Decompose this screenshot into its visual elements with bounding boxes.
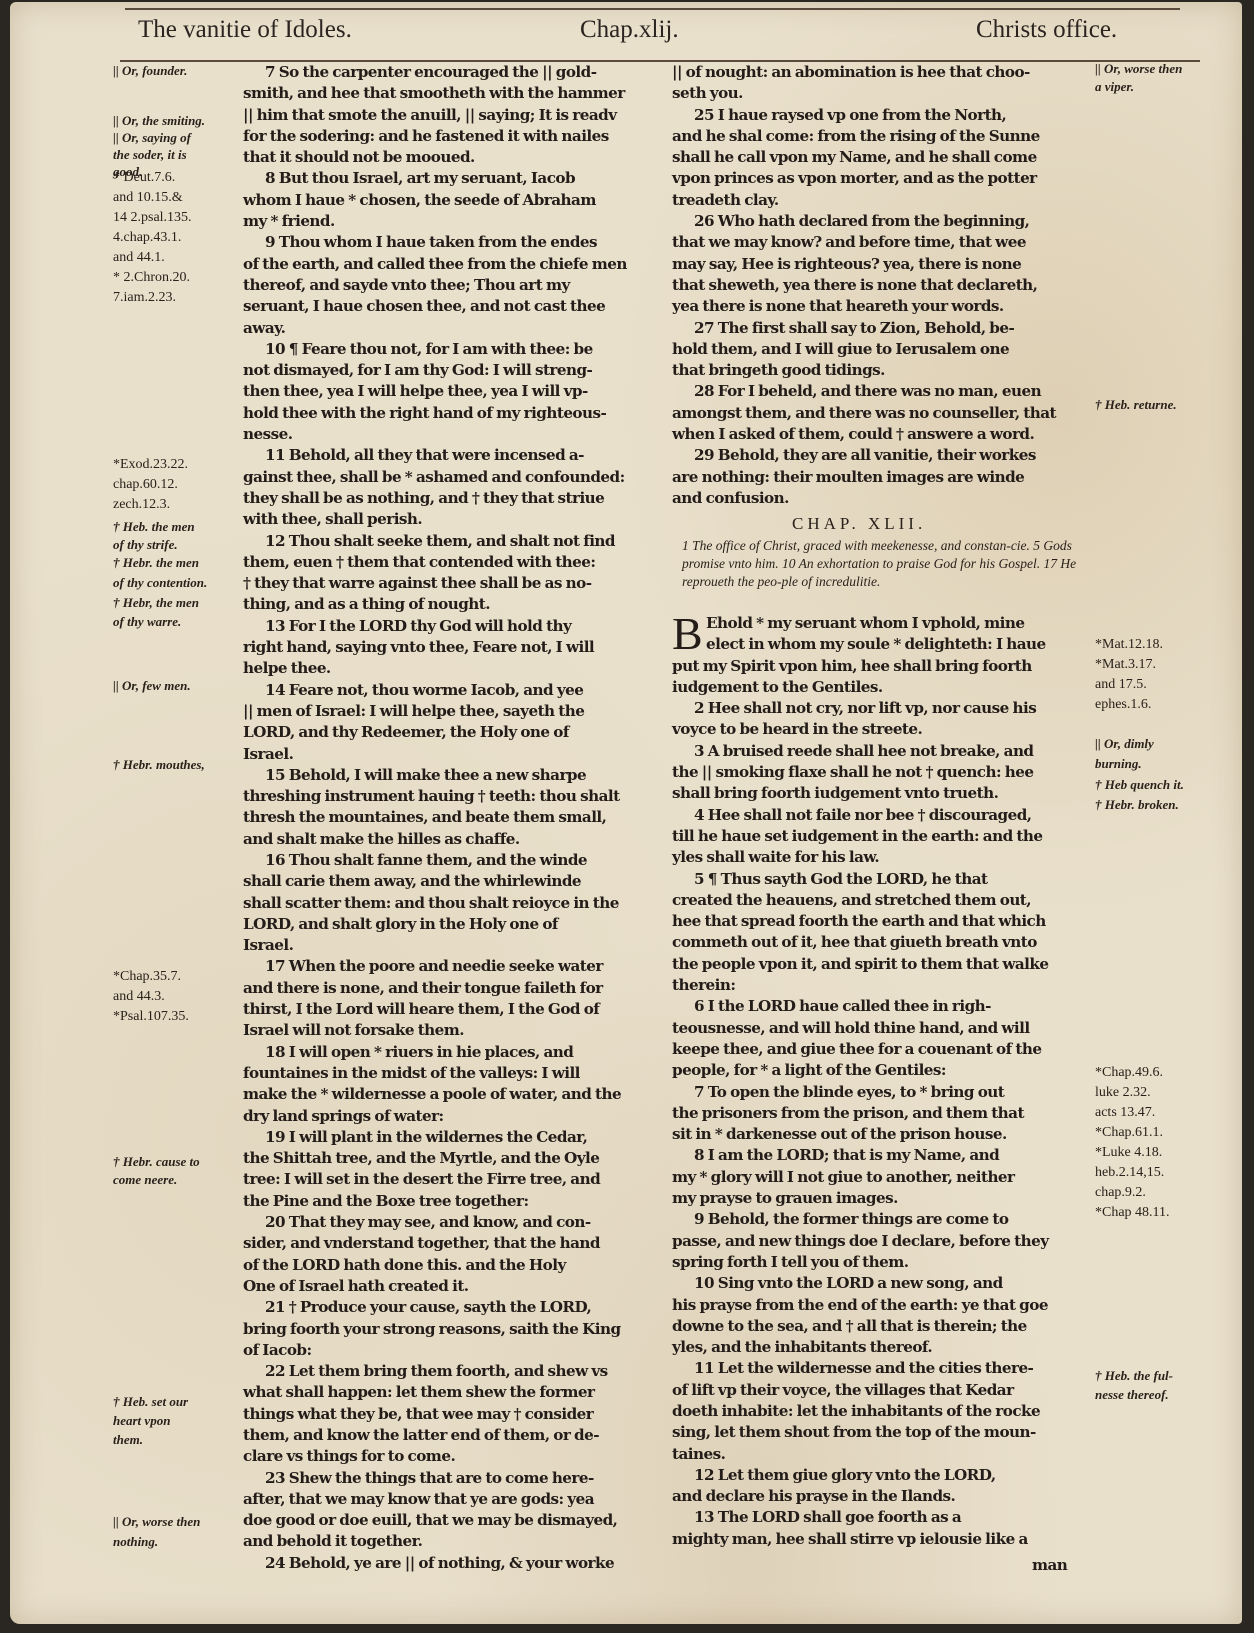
text-line: of lift vp their voyce, the villages tha… <box>672 1380 1082 1401</box>
marginal-note: † Hebr. cause to <box>113 1153 200 1170</box>
text-line: One of Israel hath created it. <box>243 1276 643 1297</box>
text-line: yles, and the inhabitants thereof. <box>672 1337 1082 1358</box>
text-line: shall carie them away, and the whirlewin… <box>243 871 643 892</box>
text-line: things what they be, that wee may † cons… <box>243 1404 643 1425</box>
marginal-note: † Heb quench it. <box>1095 776 1184 793</box>
text-line: 11 Behold, all they that were incensed a… <box>243 445 643 466</box>
text-line: 15 Behold, I will make thee a new sharpe <box>243 765 643 786</box>
text-line: clare vs things for to come. <box>243 1446 643 1467</box>
text-line: 16 Thou shalt fanne them, and the winde <box>243 850 643 871</box>
text-line: doe good or doe euill, that we may be di… <box>243 1510 643 1531</box>
marginal-note: || Or, worse then <box>113 1513 200 1530</box>
text-line: Israel. <box>243 744 643 765</box>
marginal-note: of thy strife. <box>113 536 178 553</box>
text-line: 12 Thou shalt seeke them, and shalt not … <box>243 531 643 552</box>
cross-reference: *Chap.49.6. <box>1095 1063 1163 1084</box>
text-line: 5 ¶ Thus sayth God the LORD, he that <box>672 869 1082 890</box>
text-line: 7 So the carpenter encouraged the || gol… <box>243 62 643 83</box>
text-line: || him that smote the anuill, || saying;… <box>243 105 643 126</box>
text-line: people, for * a light of the Gentiles: <box>672 1060 1082 1081</box>
marginal-note: them. <box>113 1431 143 1448</box>
cross-reference: *Luke 4.18. <box>1095 1143 1162 1164</box>
text-line: voyce to be heard in the streete. <box>672 719 1082 740</box>
text-line: 8 But thou Israel, art my seruant, Iacob <box>243 168 643 189</box>
marginal-note: || Or, worse then <box>1095 60 1182 77</box>
text-line: 29 Behold, they are all vanitie, their w… <box>672 445 1082 466</box>
cross-reference: chap.9.2. <box>1095 1183 1146 1204</box>
text-line: 22 Let them bring them foorth, and shew … <box>243 1361 643 1382</box>
text-line: || of nought: an abomination is hee that… <box>672 62 1082 83</box>
cross-reference: and 44.3. <box>113 987 165 1008</box>
text-line: hold thee with the right hand of my righ… <box>243 403 643 424</box>
cross-reference: *Exod.23.22. <box>113 455 188 476</box>
marginal-note: || Or, saying of <box>113 129 191 146</box>
right-text-column-bottom: Ehold * my seruant whom I vphold, mineel… <box>672 613 1082 1550</box>
text-line: shall he call vpon my Name, and he shall… <box>672 147 1082 168</box>
text-line: created the heauens, and stretched them … <box>672 890 1082 911</box>
text-line: dry land springs of water: <box>243 1106 643 1127</box>
chapter-heading: CHAP. XLII. <box>792 514 926 534</box>
text-line: doeth inhabite: let the inhabitants of t… <box>672 1401 1082 1422</box>
chapter-summary: 1 The office of Christ, graced with meek… <box>682 537 1097 591</box>
text-line: away. <box>243 318 643 339</box>
text-line: Israel will not forsake them. <box>243 1020 643 1041</box>
text-line: whom I haue * chosen, the seede of Abrah… <box>243 190 643 211</box>
text-line: 27 The first shall say to Zion, Behold, … <box>672 318 1082 339</box>
text-line: treadeth clay. <box>672 190 1082 211</box>
text-line: 10 Sing vnto the LORD a new song, and <box>672 1273 1082 1294</box>
text-line: 13 The LORD shall goe foorth as a <box>672 1507 1082 1528</box>
text-line: my * friend. <box>243 211 643 232</box>
text-line: 14 Feare not, thou worme Iacob, and yee <box>243 680 643 701</box>
text-line: they shall be as nothing, and † they tha… <box>243 488 643 509</box>
text-line: thing, and as a thing of nought. <box>243 594 643 615</box>
marginal-note: || Or, founder. <box>113 62 187 79</box>
text-line: threshing instrument hauing † teeth: tho… <box>243 786 643 807</box>
text-line: for the sodering: and he fastened it wit… <box>243 126 643 147</box>
cross-reference: *Chap.61.1. <box>1095 1123 1163 1144</box>
marginal-note: † Hebr. mouthes, <box>113 756 205 773</box>
cross-reference: chap.60.12. <box>113 475 178 496</box>
text-line: that sheweth, yea there is none that dec… <box>672 275 1082 296</box>
marginal-note: burning. <box>1095 755 1142 772</box>
text-line: 9 Behold, the former things are come to <box>672 1209 1082 1230</box>
cross-reference: and 10.15.& <box>113 188 183 209</box>
text-line: hee that spread foorth the earth and tha… <box>672 911 1082 932</box>
text-line: then thee, yea I will helpe thee, yea I … <box>243 381 643 402</box>
text-line: spring forth I tell you of them. <box>672 1252 1082 1273</box>
text-line: and he shal come: from the rising of the… <box>672 126 1082 147</box>
cross-reference: ephes.1.6. <box>1095 695 1151 716</box>
text-line: seruant, I haue chosen thee, and not cas… <box>243 296 643 317</box>
text-line: that it should not be mooued. <box>243 147 643 168</box>
text-line: and shalt make the hilles as chaffe. <box>243 829 643 850</box>
marginal-note: nothing. <box>113 1533 158 1550</box>
marginal-note: || Or, few men. <box>113 677 191 694</box>
text-line: 20 That they may see, and know, and con- <box>243 1212 643 1233</box>
text-line: 25 I haue raysed vp one from the North, <box>672 105 1082 126</box>
marginal-note: † Heb. set our <box>113 1393 188 1410</box>
marginal-note: † Heb. the men <box>113 518 195 535</box>
marginal-note: † Heb. returne. <box>1095 396 1177 413</box>
marginal-note: nesse thereof. <box>1095 1386 1169 1403</box>
text-line: mighty man, hee shall stirre vp ielousie… <box>672 1529 1082 1550</box>
text-line: seth you. <box>672 83 1082 104</box>
cross-reference: *Psal.107.35. <box>113 1007 189 1028</box>
text-line: Israel. <box>243 935 643 956</box>
text-line: my prayse to grauen images. <box>672 1188 1082 1209</box>
text-line: the people vpon it, and spirit to them t… <box>672 954 1082 975</box>
text-line: and confusion. <box>672 488 1082 509</box>
cross-reference: 4.chap.43.1. <box>113 228 181 249</box>
text-line: sider, and vnderstand together, that the… <box>243 1233 643 1254</box>
text-line: sing, let them shout from the top of the… <box>672 1422 1082 1443</box>
text-line: them, euen † them that contended with th… <box>243 552 643 573</box>
text-line: the Shittah tree, and the Myrtle, and th… <box>243 1148 643 1169</box>
running-head-right: Christs office. <box>976 16 1117 44</box>
text-line: thresh the mountaines, and beate them sm… <box>243 807 643 828</box>
text-line: with thee, shall perish. <box>243 509 643 530</box>
text-line: when I asked of them, could † answere a … <box>672 424 1082 445</box>
text-line: shall bring foorth iudgement vnto trueth… <box>672 783 1082 804</box>
text-line: till he haue set iudgement in the earth:… <box>672 826 1082 847</box>
text-line: Ehold * my seruant whom I vphold, mine <box>672 613 1082 634</box>
running-head-center: Chap.xlij. <box>580 16 679 44</box>
text-line: and declare his prayse in the Ilands. <box>672 1486 1082 1507</box>
text-line: are nothing: their moulten images are wi… <box>672 467 1082 488</box>
marginal-note: † Hebr. the men <box>113 554 199 571</box>
text-line: amongst them, and there was no counselle… <box>672 403 1082 424</box>
text-line: the Pine and the Boxe tree together: <box>243 1191 643 1212</box>
cross-reference: acts 13.47. <box>1095 1103 1155 1124</box>
text-line: 12 Let them giue glory vnto the LORD, <box>672 1465 1082 1486</box>
text-line: thereof, and sayde vnto thee; Thou art m… <box>243 275 643 296</box>
cross-reference: *Mat.3.17. <box>1095 655 1156 676</box>
left-text-column: 7 So the carpenter encouraged the || gol… <box>243 62 643 1574</box>
text-line: that bringeth good tidings. <box>672 360 1082 381</box>
text-line: 10 ¶ Feare thou not, for I am with thee:… <box>243 339 643 360</box>
cross-reference: *Chap 48.11. <box>1095 1203 1170 1224</box>
marginal-note: a viper. <box>1095 78 1134 95</box>
text-line: 17 When the poore and needie seeke water <box>243 956 643 977</box>
text-line: helpe thee. <box>243 658 643 679</box>
cross-reference: zech.12.3. <box>113 495 170 516</box>
marginal-note: || Or, the smiting. <box>113 112 205 129</box>
text-line: 3 A bruised reede shall hee not breake, … <box>672 741 1082 762</box>
text-line: teousnesse, and will hold thine hand, an… <box>672 1018 1082 1039</box>
marginal-note: come neere. <box>113 1171 177 1188</box>
text-line: my * glory will I not giue to another, n… <box>672 1167 1082 1188</box>
text-line: and there is none, and their tongue fail… <box>243 978 643 999</box>
text-line: of Iacob: <box>243 1340 643 1361</box>
text-line: vpon princes as vpon morter, and as the … <box>672 168 1082 189</box>
header-top-rule <box>125 8 1180 10</box>
text-line: passe, and new things doe I declare, bef… <box>672 1231 1082 1252</box>
text-line: of the LORD hath done this. and the Holy <box>243 1255 643 1276</box>
text-line: 6 I the LORD haue called thee in righ- <box>672 996 1082 1017</box>
running-head-left: The vanitie of Idoles. <box>138 16 352 44</box>
marginal-note: † Hebr. broken. <box>1095 796 1179 813</box>
cross-reference: * Deut.7.6. <box>113 168 175 189</box>
catchword: man <box>1032 1555 1067 1576</box>
text-line: 21 † Produce your cause, sayth the LORD, <box>243 1297 643 1318</box>
text-line: 28 For I beheld, and there was no man, e… <box>672 381 1082 402</box>
cross-reference: *Mat.12.18. <box>1095 635 1163 656</box>
text-line: thirst, I the Lord will heare them, I th… <box>243 999 643 1020</box>
text-line: LORD, and thy Redeemer, the Holy one of <box>243 722 643 743</box>
cross-reference: 7.iam.2.23. <box>113 288 176 309</box>
marginal-note: of thy warre. <box>113 613 181 630</box>
text-line: 23 Shew the things that are to come here… <box>243 1468 643 1489</box>
marginal-note: † Hebr, the men <box>113 594 199 611</box>
text-line: tree: I will set in the desert the Firre… <box>243 1169 643 1190</box>
text-line: yles shall waite for his law. <box>672 847 1082 868</box>
text-line: 24 Behold, ye are || of nothing, & your … <box>243 1553 643 1574</box>
text-line: after, that we may know that ye are gods… <box>243 1489 643 1510</box>
text-line: right hand, saying vnto thee, Feare not,… <box>243 637 643 658</box>
cross-reference: and 44.1. <box>113 248 165 269</box>
marginal-note: || Or, dimly <box>1095 735 1154 752</box>
text-line: what shall happen: let them shew the for… <box>243 1382 643 1403</box>
text-line: shall scatter them: and thou shalt reioy… <box>243 893 643 914</box>
text-line: nesse. <box>243 424 643 445</box>
book-page: The vanitie of Idoles. Chap.xlij. Christ… <box>10 2 1242 1624</box>
text-line: the prisoners from the prison, and them … <box>672 1103 1082 1124</box>
cross-reference: * 2.Chron.20. <box>113 268 190 289</box>
text-line: downe to the sea, and † all that is ther… <box>672 1316 1082 1337</box>
text-line: that we may know? and before time, that … <box>672 232 1082 253</box>
text-line: put my Spirit vpon him, hee shall bring … <box>672 656 1082 677</box>
text-line: fountaines in the midst of the valleys: … <box>243 1063 643 1084</box>
text-line: 13 For I the LORD thy God will hold thy <box>243 616 643 637</box>
text-line: || men of Israel: I will helpe thee, say… <box>243 701 643 722</box>
text-line: 2 Hee shall not cry, nor lift vp, nor ca… <box>672 698 1082 719</box>
text-line: † they that warre against thee shall be … <box>243 573 643 594</box>
text-line: LORD, and shalt glory in the Holy one of <box>243 914 643 935</box>
cross-reference: and 17.5. <box>1095 675 1147 696</box>
marginal-note: of thy contention. <box>113 574 207 591</box>
text-line: commeth out of it, hee that giueth breat… <box>672 932 1082 953</box>
text-line: gainst thee, shall be * ashamed and conf… <box>243 467 643 488</box>
marginal-note: the soder, it is <box>113 146 187 163</box>
cross-reference: *Chap.35.7. <box>113 967 181 988</box>
text-line: 4 Hee shall not faile nor bee † discoura… <box>672 805 1082 826</box>
text-line: of the earth, and called thee from the c… <box>243 254 643 275</box>
text-line: not dismayed, for I am thy God: I will s… <box>243 360 643 381</box>
text-line: the || smoking flaxe shall he not † quen… <box>672 762 1082 783</box>
text-line: 26 Who hath declared from the beginning, <box>672 211 1082 232</box>
text-line: 11 Let the wildernesse and the cities th… <box>672 1358 1082 1379</box>
text-line: keepe thee, and giue thee for a couenant… <box>672 1039 1082 1060</box>
text-line: and behold it together. <box>243 1531 643 1552</box>
text-line: may say, Hee is righteous? yea, there is… <box>672 254 1082 275</box>
text-line: smith, and hee that smootheth with the h… <box>243 83 643 104</box>
text-line: 9 Thou whom I haue taken from the endes <box>243 232 643 253</box>
text-line: yea there is none that heareth your word… <box>672 296 1082 317</box>
text-line: therein: <box>672 975 1082 996</box>
marginal-note: heart vpon <box>113 1412 170 1429</box>
text-line: 7 To open the blinde eyes, to * bring ou… <box>672 1082 1082 1103</box>
text-line: bring foorth your strong reasons, saith … <box>243 1319 643 1340</box>
text-line: make the * wildernesse a poole of water,… <box>243 1084 643 1105</box>
cross-reference: luke 2.32. <box>1095 1083 1151 1104</box>
text-line: 19 I will plant in the wildernes the Ced… <box>243 1127 643 1148</box>
text-line: 18 I will open * riuers in hie places, a… <box>243 1042 643 1063</box>
text-line: iudgement to the Gentiles. <box>672 677 1082 698</box>
text-line: elect in whom my soule * delighteth: I h… <box>672 634 1082 655</box>
text-line: his prayse from the end of the earth: ye… <box>672 1295 1082 1316</box>
text-line: 8 I am the LORD; that is my Name, and <box>672 1145 1082 1166</box>
text-line: taines. <box>672 1444 1082 1465</box>
text-line: sit in * darkenesse out of the prison ho… <box>672 1124 1082 1145</box>
text-line: them, and know the latter end of them, o… <box>243 1425 643 1446</box>
right-text-column-top: || of nought: an abomination is hee that… <box>672 62 1082 509</box>
marginal-note: † Heb. the ful- <box>1095 1367 1173 1384</box>
text-line: hold them, and I will giue to Ierusalem … <box>672 339 1082 360</box>
cross-reference: 14 2.psal.135. <box>113 208 192 229</box>
cross-reference: heb.2.14,15. <box>1095 1163 1164 1184</box>
